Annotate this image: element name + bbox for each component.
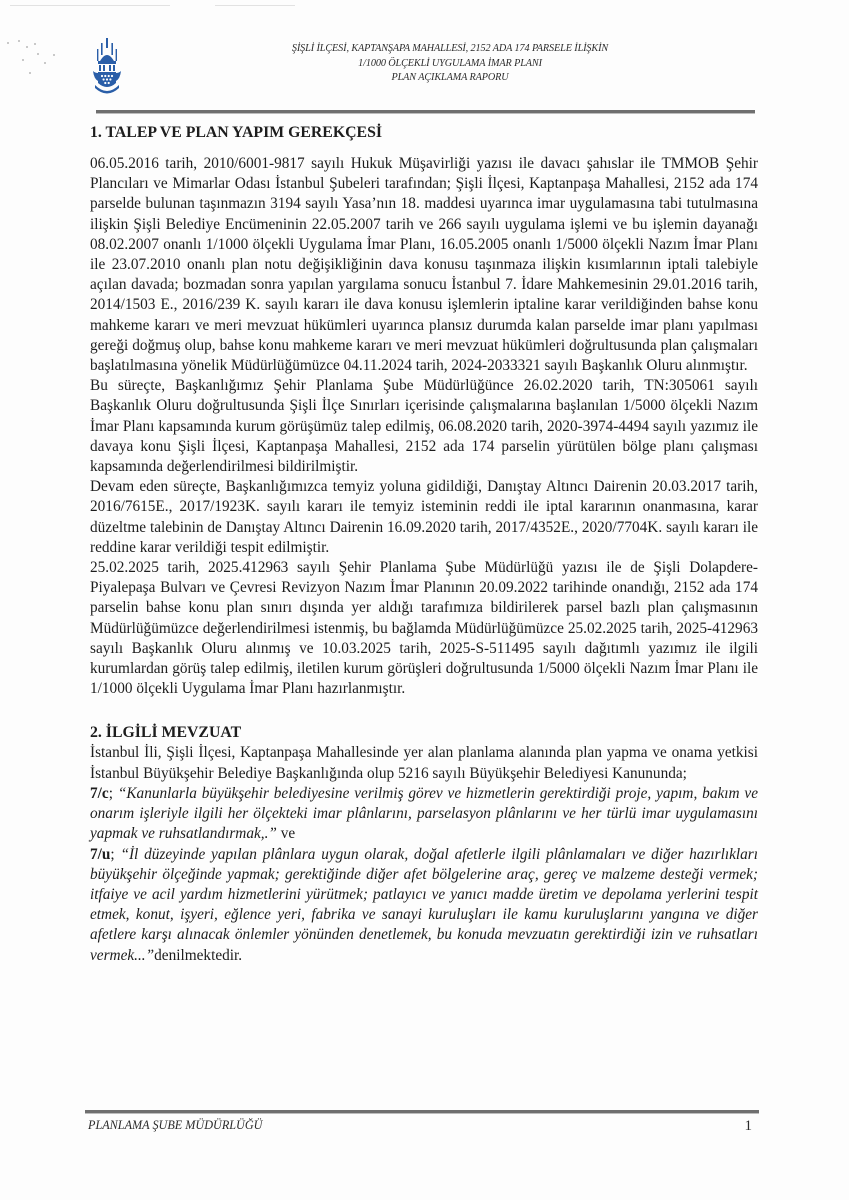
document-page: ŞİŞLİ İLÇESİ, KAPTANŞAPA MAHALLESİ, 2152… (0, 0, 849, 1200)
document-body: 1. TALEP VE PLAN YAPIM GEREKÇESİ 06.05.2… (90, 123, 758, 966)
header-line-2: 1/1000 ÖLÇEKLİ UYGULAMA İMAR PLANI (170, 57, 730, 72)
article-7c-label: 7/c (90, 785, 109, 802)
footer-rule (85, 1110, 759, 1114)
document-header: ŞİŞLİ İLÇESİ, KAPTANŞAPA MAHALLESİ, 2152… (170, 42, 730, 86)
footer-department: PLANLAMA ŞUBE MÜDÜRLÜĞÜ (88, 1118, 262, 1132)
article-7c-tail: ve (277, 825, 295, 842)
article-7c-quote: “Kanunlarla büyükşehir belediyesine veri… (90, 785, 758, 842)
section-1-paragraph-4: 25.02.2025 tarih, 2025.412963 sayılı Şeh… (90, 558, 758, 699)
scan-specks (4, 40, 59, 80)
article-7c-separator: ; (109, 785, 118, 802)
header-line-1: ŞİŞLİ İLÇESİ, KAPTANŞAPA MAHALLESİ, 2152… (170, 42, 730, 57)
article-7u: 7/u; “İl düzeyinde yapılan plânlara uygu… (90, 845, 758, 966)
article-7c: 7/c; “Kanunlarla büyükşehir belediyesine… (90, 784, 758, 845)
section-1-paragraph-3: Devam eden süreçte, Başkanlığımızca temy… (90, 477, 758, 558)
header-rule (96, 110, 755, 114)
scan-marks (0, 4, 300, 7)
section-2-intro: İstanbul İli, Şişli İlçesi, Kaptanpaşa M… (90, 743, 758, 783)
page-number: 1 (745, 1118, 753, 1135)
section-1-title: 1. TALEP VE PLAN YAPIM GEREKÇESİ (90, 123, 758, 143)
section-2-title: 2. İLGİLİ MEVZUAT (90, 723, 758, 743)
document-footer: PLANLAMA ŞUBE MÜDÜRLÜĞÜ 1 (88, 1118, 760, 1133)
section-1-paragraph-2: Bu süreçte, Başkanlığımız Şehir Planlama… (90, 376, 758, 477)
article-7u-tail: denilmektedir. (154, 947, 242, 964)
section-1-paragraph-1: 06.05.2016 tarih, 2010/6001-9817 sayılı … (90, 154, 758, 376)
article-7u-separator: ; (110, 846, 120, 863)
istanbul-municipality-logo-icon (92, 37, 122, 97)
article-7u-label: 7/u (90, 846, 110, 863)
header-line-3: PLAN AÇIKLAMA RAPORU (170, 71, 730, 86)
